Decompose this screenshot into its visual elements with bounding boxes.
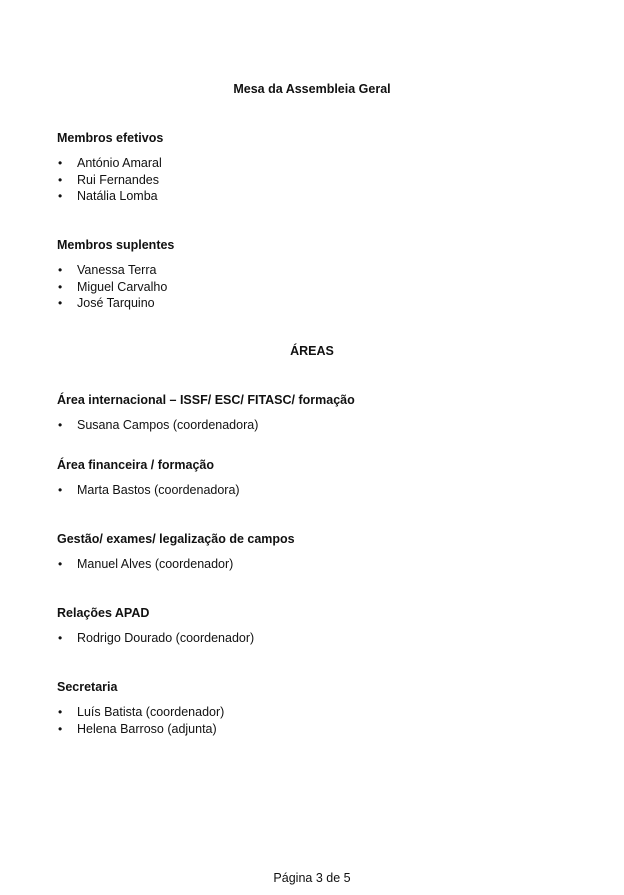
- bullet-icon: •: [58, 482, 62, 499]
- member-name: Rui Fernandes: [77, 173, 159, 187]
- member-list: •Susana Campos (coordenadora): [57, 417, 577, 434]
- bullet-icon: •: [58, 704, 62, 721]
- member-name: Vanessa Terra: [77, 263, 156, 277]
- bullet-icon: •: [58, 417, 62, 434]
- bullet-icon: •: [58, 556, 62, 573]
- list-item: •Natália Lomba: [57, 188, 577, 205]
- section-relacoes-apad: Relações APAD •Rodrigo Dourado (coordena…: [57, 605, 577, 647]
- section-gestao: Gestão/ exames/ legalização de campos •M…: [57, 531, 577, 573]
- section-area-internacional: Área internacional – ISSF/ ESC/ FITASC/ …: [57, 392, 577, 434]
- section-heading: Membros suplentes: [57, 237, 577, 253]
- list-item: •Susana Campos (coordenadora): [57, 417, 577, 434]
- member-name: Miguel Carvalho: [77, 280, 167, 294]
- section-heading: Relações APAD: [57, 605, 577, 621]
- list-item: •Rodrigo Dourado (coordenador): [57, 630, 577, 647]
- document-page: Mesa da Assembleia Geral Membros efetivo…: [0, 0, 624, 895]
- section-heading: Área financeira / formação: [57, 457, 577, 473]
- section-heading: Membros efetivos: [57, 130, 577, 146]
- member-name: Manuel Alves (coordenador): [77, 557, 233, 571]
- bullet-icon: •: [58, 630, 62, 647]
- bullet-icon: •: [58, 295, 62, 312]
- section-membros-suplentes: Membros suplentes •Vanessa Terra •Miguel…: [57, 237, 577, 312]
- bullet-icon: •: [58, 721, 62, 738]
- member-name: Susana Campos (coordenadora): [77, 418, 258, 432]
- section-area-financeira: Área financeira / formação •Marta Bastos…: [57, 457, 577, 499]
- list-item: •José Tarquino: [57, 295, 577, 312]
- member-name: Rodrigo Dourado (coordenador): [77, 631, 254, 645]
- bullet-icon: •: [58, 188, 62, 205]
- page-title: Mesa da Assembleia Geral: [0, 81, 624, 97]
- list-item: •Helena Barroso (adjunta): [57, 721, 577, 738]
- member-name: Natália Lomba: [77, 189, 158, 203]
- list-item: •António Amaral: [57, 155, 577, 172]
- member-name: António Amaral: [77, 156, 162, 170]
- member-name: Helena Barroso (adjunta): [77, 722, 217, 736]
- bullet-icon: •: [58, 262, 62, 279]
- bullet-icon: •: [58, 279, 62, 296]
- list-item: •Manuel Alves (coordenador): [57, 556, 577, 573]
- section-heading: Gestão/ exames/ legalização de campos: [57, 531, 577, 547]
- page-number-footer: Página 3 de 5: [0, 870, 624, 886]
- member-list: •Manuel Alves (coordenador): [57, 556, 577, 573]
- list-item: •Luís Batista (coordenador): [57, 704, 577, 721]
- member-name: Marta Bastos (coordenadora): [77, 483, 240, 497]
- member-name: Luís Batista (coordenador): [77, 705, 224, 719]
- section-membros-efetivos: Membros efetivos •António Amaral •Rui Fe…: [57, 130, 577, 205]
- section-heading: Área internacional – ISSF/ ESC/ FITASC/ …: [57, 392, 577, 408]
- list-item: •Vanessa Terra: [57, 262, 577, 279]
- bullet-icon: •: [58, 172, 62, 189]
- list-item: •Rui Fernandes: [57, 172, 577, 189]
- member-list: •Luís Batista (coordenador) •Helena Barr…: [57, 704, 577, 737]
- bullet-icon: •: [58, 155, 62, 172]
- member-list: •António Amaral •Rui Fernandes •Natália …: [57, 155, 577, 205]
- member-list: •Rodrigo Dourado (coordenador): [57, 630, 577, 647]
- member-list: •Marta Bastos (coordenadora): [57, 482, 577, 499]
- member-list: •Vanessa Terra •Miguel Carvalho •José Ta…: [57, 262, 577, 312]
- areas-title: ÁREAS: [0, 343, 624, 359]
- section-secretaria: Secretaria •Luís Batista (coordenador) •…: [57, 679, 577, 737]
- section-heading: Secretaria: [57, 679, 577, 695]
- list-item: •Miguel Carvalho: [57, 279, 577, 296]
- member-name: José Tarquino: [77, 296, 155, 310]
- list-item: •Marta Bastos (coordenadora): [57, 482, 577, 499]
